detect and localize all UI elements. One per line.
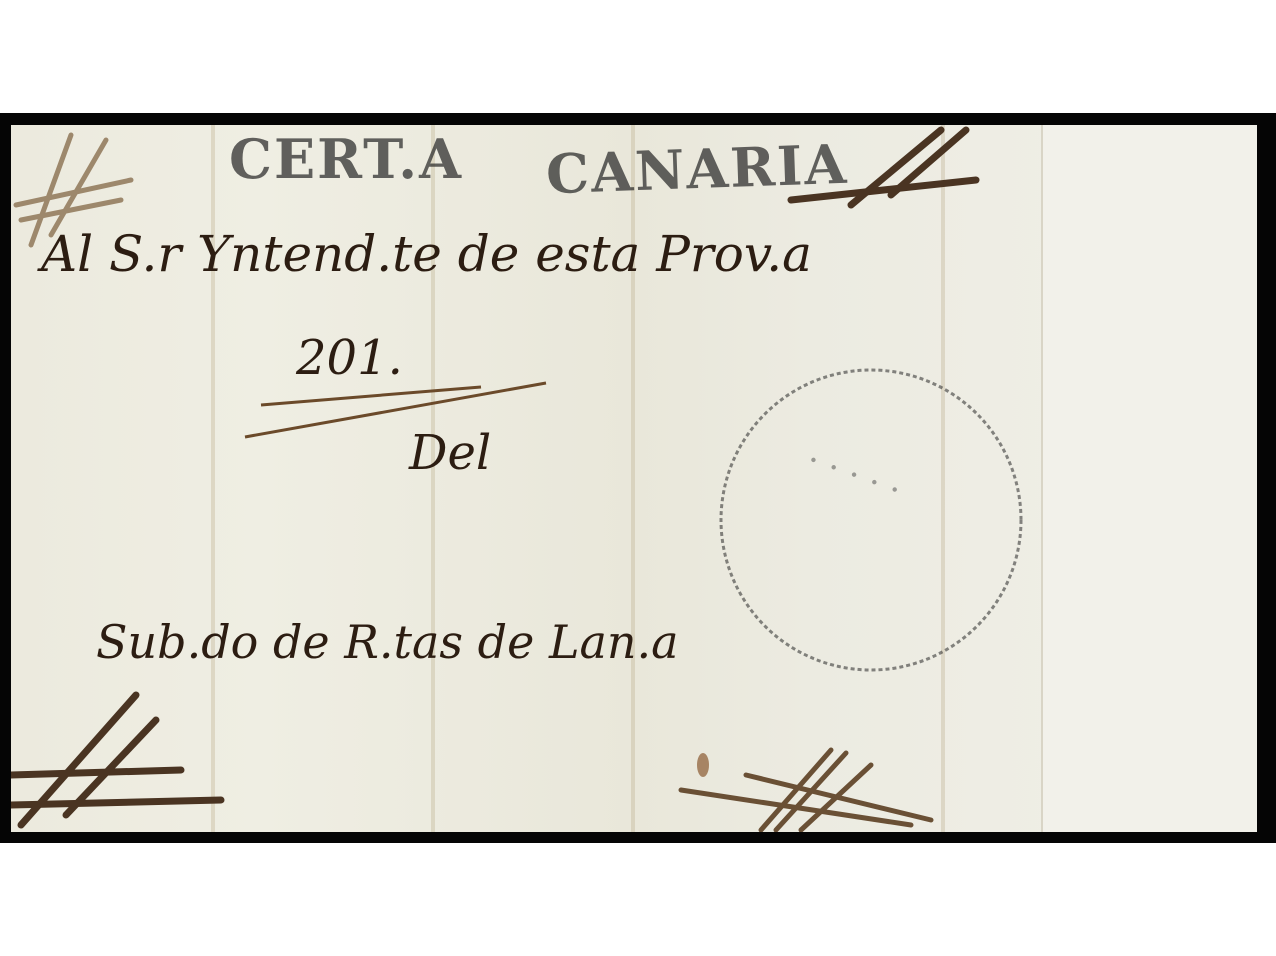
ink-spot <box>697 753 709 777</box>
oval-cancel-mark <box>721 370 1021 670</box>
cross-mark-top-right <box>791 130 976 205</box>
underline-1 <box>261 387 481 405</box>
underline-2 <box>245 383 546 437</box>
cross-mark-top-left <box>16 135 131 245</box>
oval-cancel-text: · · · · · <box>801 440 906 511</box>
ink-marks: · · · · · <box>11 125 1257 832</box>
cross-mark-bottom-left <box>11 695 221 825</box>
letter-cover: CERT.A CANARIA Al S.r Yntend.te de esta … <box>11 125 1257 832</box>
cross-mark-bottom-right <box>681 750 931 830</box>
